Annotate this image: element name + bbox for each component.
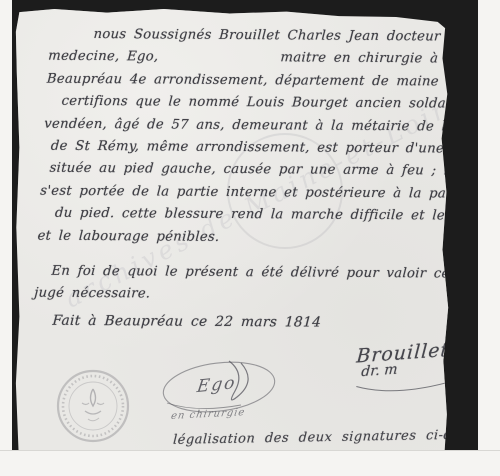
manuscript-line: vendéen, âgé de 57 ans, demeurant à la m… bbox=[44, 113, 435, 138]
manuscript-line: s'est portée de la partie interne et pos… bbox=[40, 180, 431, 205]
circular-ink-stamp-icon bbox=[52, 363, 134, 449]
manuscript-line: En foi de quoi le présent a été délivré … bbox=[35, 261, 426, 286]
manuscript-line: Beaupréau 4e arrondissement, département… bbox=[46, 68, 437, 93]
manuscript-line: située au pied gauche, causée par une ar… bbox=[41, 158, 432, 183]
manuscript-text: nous Soussignés Brouillet Charles Jean d… bbox=[32, 24, 440, 335]
manuscript-line: certifions que le nommé Louis Bourget an… bbox=[45, 91, 436, 116]
manuscript-line: nous Soussignés Brouillet Charles Jean d… bbox=[49, 24, 440, 49]
manuscript-line: du pied. cette blessure rend la marche d… bbox=[38, 203, 429, 228]
manuscript-line-left: medecine, Ego, bbox=[47, 46, 159, 69]
manuscript-paper: archives de Maine-et-Loire nous Soussign… bbox=[15, 5, 453, 450]
manuscript-line: jugé nécessaire. bbox=[33, 283, 424, 308]
manuscript-line: medecine, Ego, maitre en chirurgie à bbox=[47, 46, 438, 71]
oval-flourish-icon bbox=[153, 357, 293, 441]
manuscript-line-right: maitre en chirurgie à bbox=[280, 48, 439, 71]
surgeon-signature: Ego en chirurgie bbox=[153, 357, 293, 441]
date-line: Fait à Beaupréau ce 22 mars 1814 bbox=[32, 309, 423, 334]
manuscript-line: de St Rémy, même arrondissement, est por… bbox=[42, 136, 433, 161]
scan-edge-line bbox=[0, 450, 500, 451]
manuscript-line: et le labourage pénibles. bbox=[37, 225, 428, 250]
